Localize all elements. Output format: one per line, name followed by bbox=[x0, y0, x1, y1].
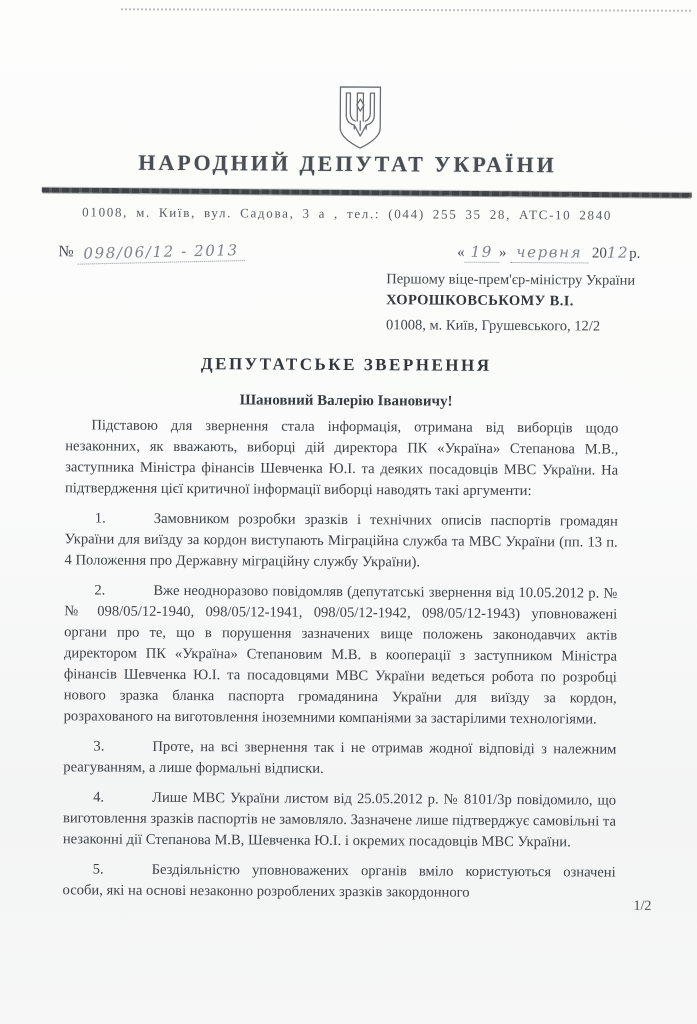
argument-item-4: 4.Лише МВС України листом від 25.05.2012… bbox=[63, 787, 616, 853]
scanned-document-page: НАРОДНИЙ ДЕПУТАТ УКРАЇНИ 01008, м. Київ,… bbox=[0, 0, 697, 1024]
argument-item-5: 5.Бездіяльністю уповноважених органів вм… bbox=[62, 859, 615, 904]
date-year-prefix: 20 bbox=[592, 245, 607, 261]
letterhead-address-line: 01008, м. Київ, вул. Садова, 3 а , тел.:… bbox=[0, 204, 696, 224]
document-content: НАРОДНИЙ ДЕПУТАТ УКРАЇНИ 01008, м. Київ,… bbox=[0, 0, 697, 1024]
argument-item-2: 2.Вже неодноразово повідомляв (депутатсь… bbox=[64, 580, 618, 730]
item-number: 4. bbox=[93, 789, 104, 805]
date-month-handwritten: червня bbox=[510, 243, 588, 263]
reference-number: № 098/06/12 - 2013 bbox=[58, 242, 245, 263]
ukraine-trident-emblem-icon bbox=[335, 84, 385, 152]
reference-number-handwritten-value: 098/06/12 - 2013 bbox=[78, 241, 246, 265]
item-text: Лише МВС України листом від 25.05.2012 р… bbox=[63, 790, 616, 851]
letterhead-title: НАРОДНИЙ ДЕПУТАТ УКРАЇНИ bbox=[0, 149, 696, 179]
item-text: Замовником розробки зразків і технічних … bbox=[65, 511, 618, 571]
item-number: 2. bbox=[94, 582, 105, 598]
salutation: Шановний Валерію Івановичу! bbox=[0, 391, 695, 412]
item-number: 3. bbox=[93, 738, 104, 754]
date-close-quote: » bbox=[499, 245, 507, 261]
document-title: ДЕПУТАТСЬКЕ ЗВЕРНЕННЯ bbox=[0, 353, 695, 377]
reference-number-label: № bbox=[58, 243, 73, 260]
item-text: Проте, на всі звернення так і не отримав… bbox=[63, 739, 616, 777]
letterhead-divider-rule bbox=[42, 187, 692, 197]
reference-row: № 098/06/12 - 2013 «19» червня 2012р. bbox=[59, 238, 659, 242]
addressee-address: 01008, м. Київ, Грушевського, 12/2 bbox=[386, 315, 676, 338]
document-body: Підставою для звернення стала інформація… bbox=[62, 415, 618, 913]
date-day-handwritten: 19 bbox=[465, 243, 499, 263]
date-year-suffix: р. bbox=[629, 246, 640, 262]
item-text: Вже неодноразово повідомляв (депутатські… bbox=[64, 583, 618, 728]
intro-paragraph: Підставою для звернення стала інформація… bbox=[65, 415, 619, 502]
page-number: 1/2 bbox=[633, 899, 651, 915]
item-text: Бездіяльністю уповноважених органів вміл… bbox=[63, 862, 616, 901]
addressee-block: Першому віце-прем'єр-міністру України ХО… bbox=[386, 269, 676, 338]
addressee-position: Першому віце-прем'єр-міністру України bbox=[386, 269, 676, 292]
argument-item-3: 3.Проте, на всі звернення так і не отрим… bbox=[63, 736, 616, 781]
item-number: 5. bbox=[93, 861, 104, 877]
argument-item-1: 1.Замовником розробки зразків і технічни… bbox=[65, 508, 618, 574]
item-number: 1. bbox=[95, 510, 106, 526]
addressee-name: ХОРОШКОВСЬКОМУ В.І. bbox=[386, 290, 676, 313]
date-year-handwritten: 12 bbox=[607, 244, 629, 262]
document-date: «19» червня 2012р. bbox=[457, 243, 640, 263]
